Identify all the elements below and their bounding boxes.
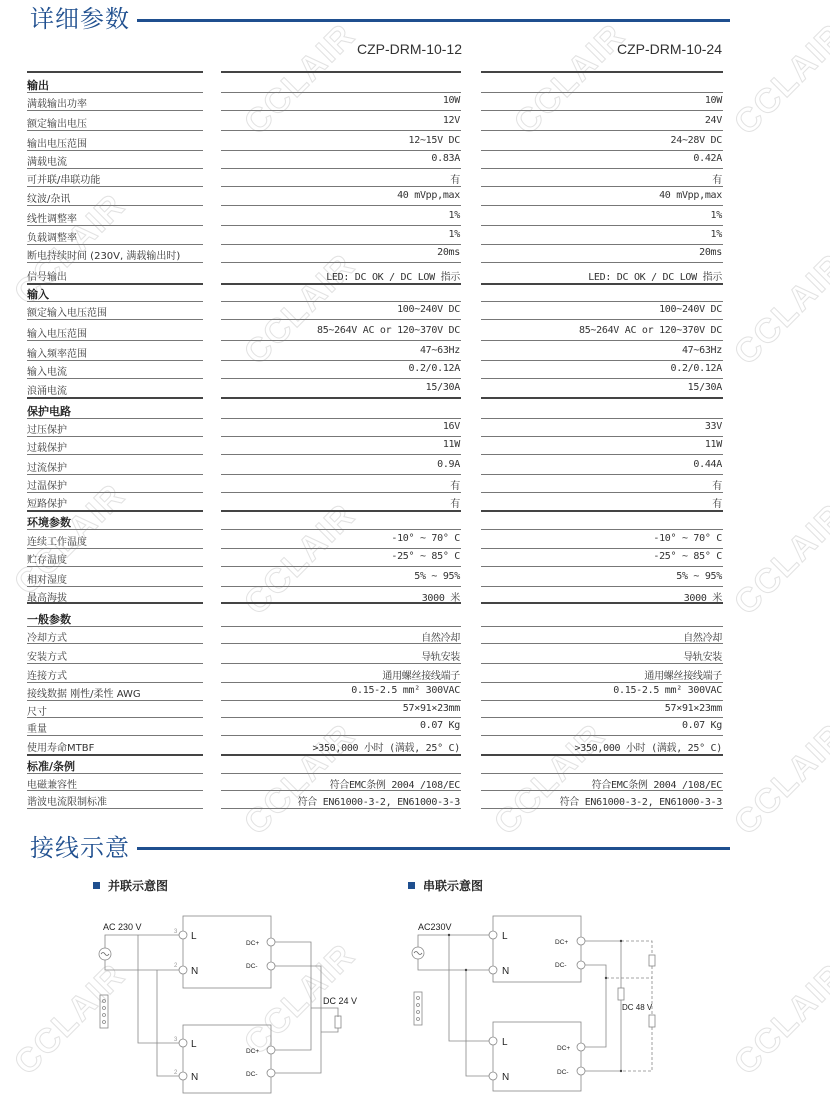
spec-group-label: 标准/条例 — [27, 758, 75, 774]
row-divider — [481, 225, 723, 226]
spec-label: 额定输出电压 — [27, 115, 87, 130]
row-divider — [481, 168, 723, 169]
spec-value-model-2: 100~240V DC — [659, 304, 722, 315]
row-divider — [221, 397, 461, 399]
row-divider — [27, 71, 203, 73]
spec-value-model-2: 导轨安装 — [683, 648, 722, 663]
spec-label: 电磁兼容性 — [27, 776, 77, 791]
spec-value-model-2: 10W — [705, 95, 722, 106]
row-divider — [481, 283, 723, 285]
row-divider — [481, 643, 723, 644]
row-divider — [27, 418, 203, 419]
spec-label: 重量 — [27, 720, 47, 735]
spec-value-model-2: 33V — [705, 421, 722, 432]
row-divider — [221, 474, 461, 475]
spec-value-model-2: 通用螺丝接线端子 — [644, 667, 722, 682]
svg-text:3: 3 — [174, 929, 178, 935]
row-divider — [221, 262, 461, 263]
spec-label: 安装方式 — [27, 648, 67, 663]
row-divider — [221, 71, 461, 73]
spec-label: 满载输出功率 — [27, 95, 87, 110]
spec-value-model-1: LED: DC OK / DC LOW 指示 — [326, 268, 460, 283]
spec-label: 输入频率范围 — [27, 345, 87, 360]
spec-label: 信号输出 — [27, 268, 67, 283]
spec-label: 尺寸 — [27, 703, 47, 718]
row-divider — [27, 643, 203, 644]
watermark: CCLAIR — [727, 496, 830, 623]
row-divider — [221, 586, 461, 587]
row-divider — [27, 586, 203, 587]
spec-value-model-1: 符合 EN61000-3-2, EN61000-3-3 — [298, 793, 460, 808]
spec-value-model-1: 有 — [450, 477, 460, 492]
row-divider — [481, 790, 723, 791]
spec-value-model-1: 自然冷却 — [421, 629, 460, 644]
svg-text:2: 2 — [174, 1070, 178, 1076]
row-divider — [481, 360, 723, 361]
row-divider — [221, 602, 461, 604]
row-divider — [481, 397, 723, 399]
spec-label: 输入电压范围 — [27, 325, 87, 340]
row-divider — [481, 700, 723, 701]
row-divider — [27, 663, 203, 664]
spec-label: 使用寿命MTBF — [27, 739, 94, 754]
row-divider — [481, 418, 723, 419]
row-divider — [221, 436, 461, 437]
spec-value-model-1: 符合EMC条例 2004 /108/EC — [330, 776, 460, 791]
svg-text:3: 3 — [174, 1037, 178, 1043]
svg-text:2: 2 — [174, 963, 178, 969]
spec-label: 连接方式 — [27, 667, 67, 682]
svg-text:N: N — [191, 966, 198, 977]
spec-value-model-2: 0.44A — [693, 459, 722, 470]
spec-value-model-2: 5% ~ 95% — [676, 571, 722, 582]
spec-value-model-1: 0.07 Kg — [420, 720, 460, 731]
row-divider — [221, 319, 461, 320]
svg-text:L: L — [191, 1039, 197, 1050]
spec-label: 谐波电流限制标准 — [27, 793, 107, 808]
row-divider — [27, 150, 203, 151]
parallel-diagram-title: 并联示意图 — [93, 877, 168, 894]
row-divider — [481, 378, 723, 379]
row-divider — [481, 602, 723, 604]
spec-label: 线性调整率 — [27, 210, 77, 225]
spec-value-model-1: 0.83A — [431, 153, 460, 164]
row-divider — [481, 529, 723, 530]
spec-value-model-1: 0.15-2.5 mm² 300VAC — [351, 685, 460, 696]
row-divider — [27, 340, 203, 341]
row-divider — [221, 301, 461, 302]
svg-text:AC 230 V: AC 230 V — [103, 922, 142, 932]
spec-value-model-1: 1% — [449, 229, 460, 240]
svg-text:L: L — [502, 931, 508, 942]
row-divider — [481, 92, 723, 93]
svg-text:L: L — [502, 1037, 508, 1048]
row-divider — [221, 510, 461, 512]
row-divider — [481, 340, 723, 341]
watermark: CCLAIR — [727, 16, 830, 143]
row-divider — [481, 319, 723, 320]
row-divider — [27, 454, 203, 455]
spec-value-model-2: 有 — [712, 495, 722, 510]
row-divider — [221, 225, 461, 226]
svg-text:DC+: DC+ — [246, 1048, 259, 1055]
spec-value-model-2: 符合EMC条例 2004 /108/EC — [592, 776, 722, 791]
row-divider — [27, 717, 203, 718]
model-header-1: CZP-DRM-10-12 — [222, 41, 462, 57]
spec-value-model-2: 符合 EN61000-3-2, EN61000-3-3 — [560, 793, 722, 808]
spec-label: 纹波/杂讯 — [27, 190, 70, 205]
row-divider — [221, 492, 461, 493]
row-divider — [27, 301, 203, 302]
row-divider — [27, 773, 203, 774]
row-divider — [221, 790, 461, 791]
row-divider — [221, 717, 461, 718]
row-divider — [27, 790, 203, 791]
spec-value-model-1: 导轨安装 — [421, 648, 460, 663]
spec-value-model-2: 0.2/0.12A — [671, 363, 723, 374]
spec-value-model-2: 11W — [705, 439, 722, 450]
ac-sine-icon — [414, 952, 422, 955]
spec-value-model-1: 100~240V DC — [397, 304, 460, 315]
spec-label: 过压保护 — [27, 421, 67, 436]
spec-group-label: 输入 — [27, 286, 49, 302]
spec-value-model-1: 57×91×23mm — [403, 703, 460, 714]
row-divider — [27, 808, 203, 809]
row-divider — [221, 168, 461, 169]
row-divider — [27, 110, 203, 111]
row-divider — [27, 735, 203, 736]
svg-text:DC-: DC- — [246, 963, 258, 970]
spec-value-model-1: >350,000 小时 (满载, 25° C) — [313, 739, 461, 754]
row-divider — [221, 283, 461, 285]
row-divider — [221, 754, 461, 756]
spec-value-model-1: 40 mVpp,max — [397, 190, 460, 201]
row-divider — [481, 773, 723, 774]
row-divider — [221, 808, 461, 809]
spec-value-model-2: LED: DC OK / DC LOW 指示 — [588, 268, 722, 283]
spec-label: 断电持续时间 (230V, 满载输出时) — [27, 247, 180, 262]
spec-label: 过温保护 — [27, 477, 67, 492]
row-divider — [481, 663, 723, 664]
row-divider — [221, 130, 461, 131]
row-divider — [481, 682, 723, 683]
spec-value-model-2: 有 — [712, 171, 722, 186]
series-diagram-title: 串联示意图 — [408, 877, 483, 894]
svg-text:N: N — [502, 966, 509, 977]
spec-label: 满载电流 — [27, 153, 67, 168]
row-divider — [221, 92, 461, 93]
spec-value-model-1: 10W — [443, 95, 460, 106]
wiring-title-rule — [137, 847, 730, 850]
svg-text:DC+: DC+ — [555, 939, 568, 946]
row-divider — [481, 205, 723, 206]
row-divider — [27, 378, 203, 379]
spec-value-model-1: 0.9A — [437, 459, 460, 470]
spec-group-label: 环境参数 — [27, 514, 71, 530]
row-divider — [221, 244, 461, 245]
spec-value-model-1: 有 — [450, 495, 460, 510]
svg-text:L: L — [191, 931, 197, 942]
row-divider — [27, 682, 203, 683]
spec-value-model-2: 1% — [711, 210, 722, 221]
row-divider — [27, 319, 203, 320]
row-divider — [221, 340, 461, 341]
spec-value-model-2: 有 — [712, 477, 722, 492]
wiring-section-title: 接线示意 — [30, 834, 130, 862]
row-divider — [481, 808, 723, 809]
row-divider — [27, 283, 203, 285]
specs-section-title: 详细参数 — [30, 5, 130, 33]
svg-text:N: N — [502, 1072, 509, 1083]
spec-value-model-2: 85~264V AC or 120~370V DC — [579, 325, 722, 336]
svg-text:DC 48 V: DC 48 V — [622, 1003, 653, 1012]
row-divider — [481, 754, 723, 756]
series-wiring-diagram: AC230V L N L N DC+ DC- DC+ DC- DC 48 V — [400, 900, 700, 1100]
spec-value-model-1: 11W — [443, 439, 460, 450]
row-divider — [481, 454, 723, 455]
watermark: CCLAIR — [727, 956, 830, 1083]
row-divider — [221, 663, 461, 664]
spec-value-model-1: 12V — [443, 115, 460, 126]
spec-value-model-2: 0.15-2.5 mm² 300VAC — [613, 685, 722, 696]
row-divider — [221, 186, 461, 187]
row-divider — [27, 92, 203, 93]
spec-value-model-1: 0.2/0.12A — [409, 363, 461, 374]
row-divider — [27, 397, 203, 399]
row-divider — [481, 717, 723, 718]
row-divider — [27, 474, 203, 475]
spec-value-model-2: -10° ~ 70° C — [653, 533, 722, 544]
row-divider — [481, 301, 723, 302]
spec-value-model-1: 16V — [443, 421, 460, 432]
spec-label: 贮存温度 — [27, 551, 67, 566]
row-divider — [481, 186, 723, 187]
spec-label: 短路保护 — [27, 495, 67, 510]
spec-label: 可并联/串联功能 — [27, 171, 100, 186]
spec-label: 过流保护 — [27, 459, 67, 474]
spec-value-model-2: 自然冷却 — [683, 629, 722, 644]
row-divider — [221, 643, 461, 644]
parallel-wiring-diagram: AC 230 V 3 2 3 2 L N L N DC+ DC- DC+ DC-… — [80, 900, 380, 1100]
row-divider — [481, 436, 723, 437]
row-divider — [27, 602, 203, 604]
row-divider — [27, 244, 203, 245]
row-divider — [481, 548, 723, 549]
svg-text:N: N — [191, 1072, 198, 1083]
row-divider — [481, 474, 723, 475]
spec-value-model-1: -25° ~ 85° C — [391, 551, 460, 562]
spec-value-model-2: 40 mVpp,max — [659, 190, 722, 201]
watermark: CCLAIR — [727, 716, 830, 843]
row-divider — [221, 682, 461, 683]
row-divider — [27, 566, 203, 567]
spec-value-model-2: -25° ~ 85° C — [653, 551, 722, 562]
row-divider — [27, 700, 203, 701]
spec-value-model-1: 15/30A — [426, 382, 460, 393]
row-divider — [481, 626, 723, 627]
row-divider — [481, 735, 723, 736]
row-divider — [27, 510, 203, 512]
watermark: CCLAIR — [727, 246, 830, 373]
row-divider — [221, 700, 461, 701]
row-divider — [27, 436, 203, 437]
spec-value-model-1: 5% ~ 95% — [414, 571, 460, 582]
row-divider — [27, 225, 203, 226]
spec-label: 冷却方式 — [27, 629, 67, 644]
row-divider — [221, 418, 461, 419]
row-divider — [27, 492, 203, 493]
svg-text:DC-: DC- — [555, 962, 567, 969]
spec-value-model-2: 20ms — [699, 247, 722, 258]
spec-value-model-1: 47~63Hz — [420, 345, 460, 356]
row-divider — [221, 150, 461, 151]
spec-value-model-2: 24~28V DC — [671, 135, 723, 146]
spec-value-model-1: 有 — [450, 171, 460, 186]
row-divider — [27, 548, 203, 549]
watermark: CCLAIR — [237, 246, 364, 373]
ac-sine-icon — [101, 953, 109, 956]
spec-value-model-1: 1% — [449, 210, 460, 221]
svg-text:DC-: DC- — [557, 1069, 569, 1076]
spec-value-model-2: 15/30A — [688, 382, 722, 393]
row-divider — [221, 205, 461, 206]
specs-title-rule — [137, 19, 730, 22]
watermark: CCLAIR — [507, 16, 634, 143]
spec-label: 输出电压范围 — [27, 135, 87, 150]
row-divider — [221, 566, 461, 567]
row-divider — [221, 378, 461, 379]
bullet-square-icon — [93, 882, 100, 889]
row-divider — [481, 492, 723, 493]
spec-label: 输入电流 — [27, 363, 67, 378]
spec-label: 负载调整率 — [27, 229, 77, 244]
spec-value-model-1: -10° ~ 70° C — [391, 533, 460, 544]
row-divider — [481, 110, 723, 111]
row-divider — [481, 566, 723, 567]
row-divider — [221, 454, 461, 455]
svg-text:DC-: DC- — [246, 1071, 258, 1078]
model-header-2: CZP-DRM-10-24 — [482, 41, 722, 57]
spec-label: 额定输入电压范围 — [27, 304, 107, 319]
svg-text:DC+: DC+ — [246, 940, 259, 947]
row-divider — [221, 773, 461, 774]
row-divider — [221, 529, 461, 530]
spec-value-model-2: >350,000 小时 (满载, 25° C) — [575, 739, 723, 754]
row-divider — [27, 626, 203, 627]
spec-value-model-1: 85~264V AC or 120~370V DC — [317, 325, 460, 336]
spec-value-model-2: 24V — [705, 115, 722, 126]
row-divider — [481, 71, 723, 73]
row-divider — [27, 168, 203, 169]
row-divider — [481, 510, 723, 512]
row-divider — [481, 262, 723, 263]
row-divider — [481, 586, 723, 587]
spec-value-model-2: 1% — [711, 229, 722, 240]
svg-text:DC+: DC+ — [557, 1045, 570, 1052]
row-divider — [27, 130, 203, 131]
spec-label: 相对湿度 — [27, 571, 67, 586]
row-divider — [221, 360, 461, 361]
spec-value-model-2: 0.42A — [693, 153, 722, 164]
spec-value-model-1: 20ms — [437, 247, 460, 258]
spec-group-label: 一般参数 — [27, 611, 71, 627]
row-divider — [481, 150, 723, 151]
row-divider — [221, 735, 461, 736]
row-divider — [27, 529, 203, 530]
spec-group-label: 输出 — [27, 77, 49, 93]
svg-text:DC 24 V: DC 24 V — [323, 996, 357, 1006]
spec-value-model-1: 12~15V DC — [409, 135, 461, 146]
row-divider — [27, 360, 203, 361]
row-divider — [481, 130, 723, 131]
svg-text:AC230V: AC230V — [418, 922, 452, 932]
row-divider — [221, 110, 461, 111]
watermark: CCLAIR — [237, 16, 364, 143]
spec-value-model-1: 通用螺丝接线端子 — [382, 667, 460, 682]
row-divider — [221, 626, 461, 627]
spec-label: 连续工作温度 — [27, 533, 87, 548]
spec-label: 浪涌电流 — [27, 382, 67, 397]
spec-group-label: 保护电路 — [27, 403, 71, 419]
row-divider — [27, 262, 203, 263]
spec-label: 过载保护 — [27, 439, 67, 454]
spec-value-model-2: 47~63Hz — [682, 345, 722, 356]
bullet-square-icon — [408, 882, 415, 889]
row-divider — [27, 186, 203, 187]
row-divider — [221, 548, 461, 549]
row-divider — [481, 244, 723, 245]
row-divider — [27, 754, 203, 756]
row-divider — [27, 205, 203, 206]
spec-value-model-2: 0.07 Kg — [682, 720, 722, 731]
spec-label: 接线数据 刚性/柔性 AWG — [27, 685, 141, 700]
spec-value-model-2: 57×91×23mm — [665, 703, 722, 714]
